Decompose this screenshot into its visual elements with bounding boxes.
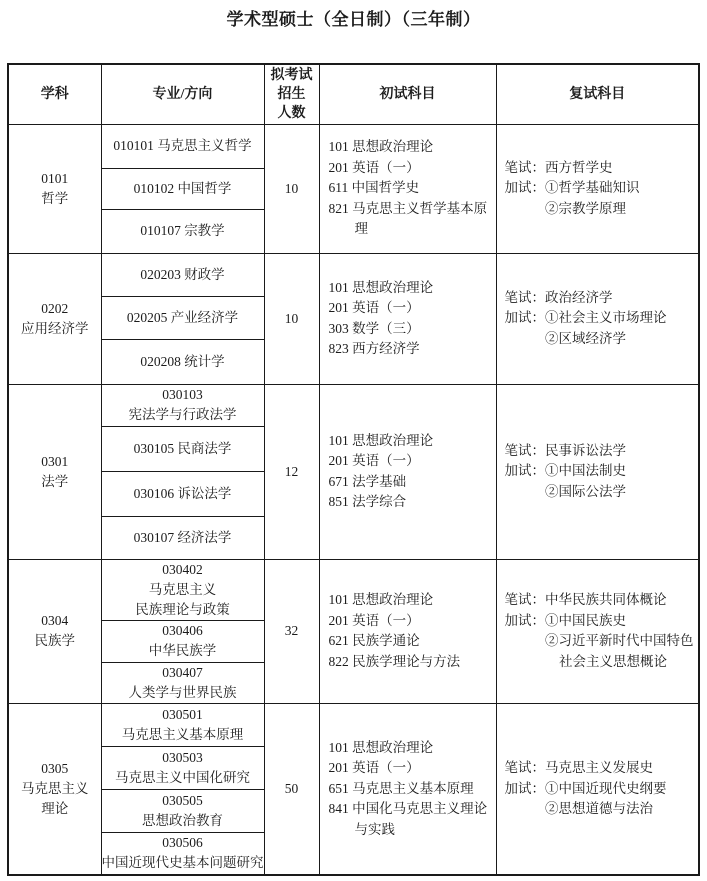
- major-cell: 020205 产业经济学: [101, 296, 264, 339]
- major-cell: 030506 中国近现代史基本问题研究: [101, 832, 264, 875]
- initial-subject-line: 101 思想政治理论: [329, 590, 492, 611]
- retest-subjects-cell: 笔试：民事诉讼法学 加试： ①中国法制史 ②国际公法学: [496, 384, 699, 559]
- major-cell: 030402 马克思主义 民族理论与政策: [101, 559, 264, 620]
- initial-subject-line: 621 民族学通论: [329, 631, 492, 652]
- additional-subject-line: ②宗教学原理: [545, 199, 694, 220]
- col-header-initial-subjects: 初试科目: [319, 64, 496, 124]
- table-row: 0304 民族学 030402 马克思主义 民族理论与政策 32 101 思想政…: [8, 559, 699, 620]
- written-subject: 民事诉讼法学: [545, 441, 626, 462]
- additional-subject-line: ①中国法制史: [545, 461, 694, 482]
- additional-subjects: ①中国法制史 ②国际公法学: [545, 461, 694, 502]
- initial-subject-line: 101 思想政治理论: [329, 278, 492, 299]
- retest-additional-line: 加试： ①中国民族史 ②习近平新时代中国特色社会主义思想概论: [505, 611, 695, 673]
- additional-label: 加试：: [505, 178, 546, 219]
- written-subject: 马克思主义发展史: [545, 758, 653, 779]
- table-row: 0202 应用经济学 020203 财政学 10 101 思想政治理论 201 …: [8, 253, 699, 296]
- initial-subjects-cell: 101 思想政治理论 201 英语（一） 671 法学基础 851 法学综合: [319, 384, 496, 559]
- initial-subject-line: 201 英语（一）: [329, 158, 492, 179]
- retest-written-line: 笔试：民事诉讼法学: [505, 441, 695, 462]
- initial-subject-line: 822 民族学理论与方法: [329, 652, 492, 673]
- initial-subject-line: 101 思想政治理论: [329, 431, 492, 452]
- written-subject: 中华民族共同体概论: [545, 590, 667, 611]
- retest-additional-line: 加试： ①哲学基础知识 ②宗教学原理: [505, 178, 695, 219]
- additional-subject-line: ②习近平新时代中国特色社会主义思想概论: [545, 631, 694, 672]
- written-label: 笔试：: [505, 158, 546, 179]
- retest-written-line: 笔试：政治经济学: [505, 288, 695, 309]
- additional-label: 加试：: [505, 461, 546, 502]
- initial-subjects-cell: 101 思想政治理论 201 英语（一） 303 数学（三） 823 西方经济学: [319, 253, 496, 384]
- quota-cell: 12: [264, 384, 319, 559]
- written-subject: 政治经济学: [545, 288, 613, 309]
- initial-subject-line: 821 马克思主义哲学基本原理: [329, 199, 492, 240]
- page-title: 学术型硕士（全日制）（三年制）: [0, 8, 707, 32]
- additional-subjects: ①中国民族史 ②习近平新时代中国特色社会主义思想概论: [545, 611, 694, 673]
- major-cell: 030106 诉讼法学: [101, 471, 264, 516]
- major-cell: 030505 思想政治教育: [101, 789, 264, 832]
- major-cell: 010107 宗教学: [101, 209, 264, 253]
- additional-subject-line: ①哲学基础知识: [545, 178, 694, 199]
- col-header-retest-subjects: 复试科目: [496, 64, 699, 124]
- initial-subject-line: 611 中国哲学史: [329, 178, 492, 199]
- col-header-quota: 拟考试 招生 人数: [264, 64, 319, 124]
- written-label: 笔试：: [505, 441, 546, 462]
- discipline-cell: 0301 法学: [8, 384, 101, 559]
- initial-subject-line: 101 思想政治理论: [329, 738, 492, 759]
- discipline-cell: 0304 民族学: [8, 559, 101, 703]
- retest-subjects-cell: 笔试：中华民族共同体概论 加试： ①中国民族史 ②习近平新时代中国特色社会主义思…: [496, 559, 699, 703]
- col-header-major: 专业/方向: [101, 64, 264, 124]
- initial-subject-line: 651 马克思主义基本原理: [329, 779, 492, 800]
- additional-label: 加试：: [505, 779, 546, 820]
- discipline-cell: 0202 应用经济学: [8, 253, 101, 384]
- additional-label: 加试：: [505, 308, 546, 349]
- major-cell: 030107 经济法学: [101, 516, 264, 559]
- initial-subjects-cell: 101 思想政治理论 201 英语（一） 651 马克思主义基本原理 841 中…: [319, 703, 496, 875]
- table-row: 0301 法学 030103 宪法学与行政法学 12 101 思想政治理论 20…: [8, 384, 699, 426]
- initial-subject-line: 841 中国化马克思主义理论与实践: [329, 799, 492, 840]
- retest-additional-line: 加试： ①中国近现代史纲要 ②思想道德与法治: [505, 779, 695, 820]
- additional-subjects: ①中国近现代史纲要 ②思想道德与法治: [545, 779, 694, 820]
- major-cell: 030103 宪法学与行政法学: [101, 384, 264, 426]
- written-label: 笔试：: [505, 590, 546, 611]
- discipline-cell: 0101 哲学: [8, 124, 101, 253]
- additional-subject-line: ②思想道德与法治: [545, 799, 694, 820]
- major-cell: 020208 统计学: [101, 339, 264, 384]
- quota-cell: 32: [264, 559, 319, 703]
- written-label: 笔试：: [505, 758, 546, 779]
- written-label: 笔试：: [505, 288, 546, 309]
- quota-cell: 50: [264, 703, 319, 875]
- major-cell: 030501 马克思主义基本原理: [101, 703, 264, 746]
- quota-cell: 10: [264, 253, 319, 384]
- table-row: 0305 马克思主义 理论 030501 马克思主义基本原理 50 101 思想…: [8, 703, 699, 746]
- major-cell: 010102 中国哲学: [101, 168, 264, 209]
- programs-table: 学科 专业/方向 拟考试 招生 人数 初试科目 复试科目 0101 哲学 010…: [7, 63, 700, 876]
- additional-label: 加试：: [505, 611, 546, 673]
- col-header-discipline: 学科: [8, 64, 101, 124]
- initial-subject-line: 823 西方经济学: [329, 339, 492, 360]
- additional-subjects: ①哲学基础知识 ②宗教学原理: [545, 178, 694, 219]
- major-cell: 010101 马克思主义哲学: [101, 124, 264, 168]
- initial-subject-line: 671 法学基础: [329, 472, 492, 493]
- initial-subject-line: 201 英语（一）: [329, 611, 492, 632]
- table-row: 0101 哲学 010101 马克思主义哲学 10 101 思想政治理论 201…: [8, 124, 699, 168]
- initial-subject-line: 303 数学（三）: [329, 319, 492, 340]
- initial-subject-line: 851 法学综合: [329, 492, 492, 513]
- initial-subject-line: 201 英语（一）: [329, 298, 492, 319]
- additional-subject-line: ②国际公法学: [545, 482, 694, 503]
- major-cell: 030406 中华民族学: [101, 620, 264, 662]
- retest-written-line: 笔试：马克思主义发展史: [505, 758, 695, 779]
- initial-subjects-cell: 101 思想政治理论 201 英语（一） 611 中国哲学史 821 马克思主义…: [319, 124, 496, 253]
- header-row: 学科 专业/方向 拟考试 招生 人数 初试科目 复试科目: [8, 64, 699, 124]
- major-cell: 020203 财政学: [101, 253, 264, 296]
- additional-subjects: ①社会主义市场理论 ②区域经济学: [545, 308, 694, 349]
- additional-subject-line: ①中国民族史: [545, 611, 694, 632]
- major-cell: 030105 民商法学: [101, 426, 264, 471]
- additional-subject-line: ②区域经济学: [545, 329, 694, 350]
- retest-subjects-cell: 笔试：西方哲学史 加试： ①哲学基础知识 ②宗教学原理: [496, 124, 699, 253]
- initial-subjects-cell: 101 思想政治理论 201 英语（一） 621 民族学通论 822 民族学理论…: [319, 559, 496, 703]
- initial-subject-line: 201 英语（一）: [329, 451, 492, 472]
- written-subject: 西方哲学史: [545, 158, 613, 179]
- additional-subject-line: ①中国近现代史纲要: [545, 779, 694, 800]
- discipline-cell: 0305 马克思主义 理论: [8, 703, 101, 875]
- retest-written-line: 笔试：中华民族共同体概论: [505, 590, 695, 611]
- major-cell: 030503 马克思主义中国化研究: [101, 746, 264, 789]
- retest-additional-line: 加试： ①社会主义市场理论 ②区域经济学: [505, 308, 695, 349]
- retest-additional-line: 加试： ①中国法制史 ②国际公法学: [505, 461, 695, 502]
- initial-subject-line: 201 英语（一）: [329, 758, 492, 779]
- major-cell: 030407 人类学与世界民族: [101, 662, 264, 703]
- quota-cell: 10: [264, 124, 319, 253]
- retest-subjects-cell: 笔试：马克思主义发展史 加试： ①中国近现代史纲要 ②思想道德与法治: [496, 703, 699, 875]
- initial-subject-line: 101 思想政治理论: [329, 137, 492, 158]
- additional-subject-line: ①社会主义市场理论: [545, 308, 694, 329]
- retest-subjects-cell: 笔试：政治经济学 加试： ①社会主义市场理论 ②区域经济学: [496, 253, 699, 384]
- retest-written-line: 笔试：西方哲学史: [505, 158, 695, 179]
